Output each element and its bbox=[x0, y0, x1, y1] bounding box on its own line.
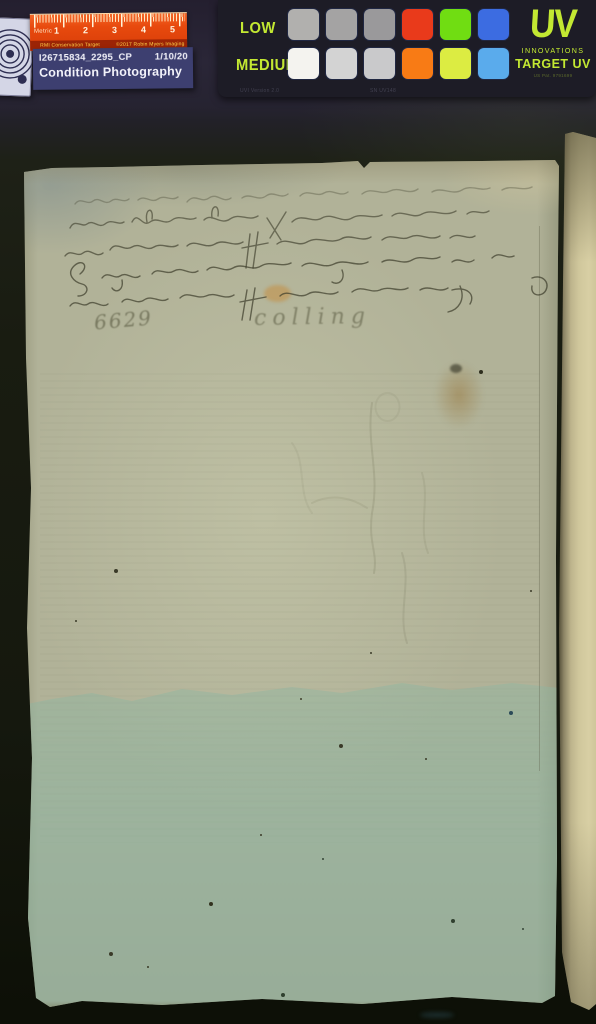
uv-swatch-medium bbox=[478, 48, 509, 79]
uv-swatch-low bbox=[478, 9, 509, 40]
uv-serial-text: SN UV148 bbox=[370, 88, 396, 94]
uv-swatch-medium bbox=[440, 48, 471, 79]
handwritten-inscription bbox=[52, 178, 572, 368]
facing-page-edge bbox=[559, 132, 596, 1010]
uv-version-text: UVI Version 2.0 bbox=[240, 88, 279, 94]
ruler-number: 2 bbox=[83, 25, 88, 35]
uv-row-label-low: LOW bbox=[240, 20, 276, 38]
uv-patent-text: US Pat. 9791699 bbox=[514, 73, 592, 78]
shot-id-caption: Condition Photography bbox=[39, 64, 188, 80]
ruler-number: 5 bbox=[170, 24, 175, 34]
faint-figure-sketch bbox=[252, 383, 472, 683]
uv-innovations-logo: UV INNOVATIONS TARGET UV US Pat. 9791699 bbox=[514, 1, 592, 78]
uv-swatch-medium bbox=[288, 48, 319, 79]
shot-id-shelfmark: I26715834_2295_CP bbox=[39, 52, 132, 64]
ruler-unit-label: Metric bbox=[34, 29, 52, 35]
wash-stain bbox=[22, 663, 559, 1010]
registration-target bbox=[0, 17, 33, 96]
shot-id-date: 1/10/20 bbox=[155, 51, 188, 62]
uv-swatch-low bbox=[440, 9, 471, 40]
uv-swatch-medium bbox=[326, 48, 357, 79]
uv-swatch-grid bbox=[288, 9, 509, 79]
manuscript-page: 6629 colling bbox=[22, 158, 559, 1010]
conservation-ruler: Metric 1 2 3 4 5 RMI Conservation Target… bbox=[30, 12, 187, 51]
inscription-number: 6629 bbox=[93, 305, 154, 334]
uv-target-card: LOW MEDIUM UV INNOVATIONS TARGET UV US P… bbox=[218, 0, 596, 97]
background-smudge bbox=[420, 1012, 454, 1018]
uv-swatch-row-medium bbox=[288, 48, 509, 79]
ruler-number: 4 bbox=[141, 25, 146, 35]
uv-swatch-row-low bbox=[288, 9, 509, 40]
concentric-circles-icon bbox=[0, 17, 33, 96]
ruler-number: 1 bbox=[54, 26, 59, 36]
uv-swatch-low bbox=[402, 9, 433, 40]
uv-logo-line2: TARGET UV bbox=[514, 57, 592, 71]
uv-logo-line1: INNOVATIONS bbox=[516, 46, 590, 55]
uv-swatch-low bbox=[326, 9, 357, 40]
ruler-number: 3 bbox=[112, 25, 117, 35]
uv-photograph: Metric 1 2 3 4 5 RMI Conservation Target… bbox=[0, 0, 596, 1024]
uv-swatch-medium bbox=[402, 48, 433, 79]
uv-swatch-low bbox=[288, 9, 319, 40]
uv-swatch-medium bbox=[364, 48, 395, 79]
uv-logo-word: UV bbox=[529, 1, 577, 47]
inscription-word: colling bbox=[254, 304, 371, 331]
foxing-specks bbox=[22, 158, 24, 160]
uv-swatch-low bbox=[364, 9, 395, 40]
shot-id-label: I26715834_2295_CP 1/10/20 Condition Phot… bbox=[33, 47, 193, 90]
